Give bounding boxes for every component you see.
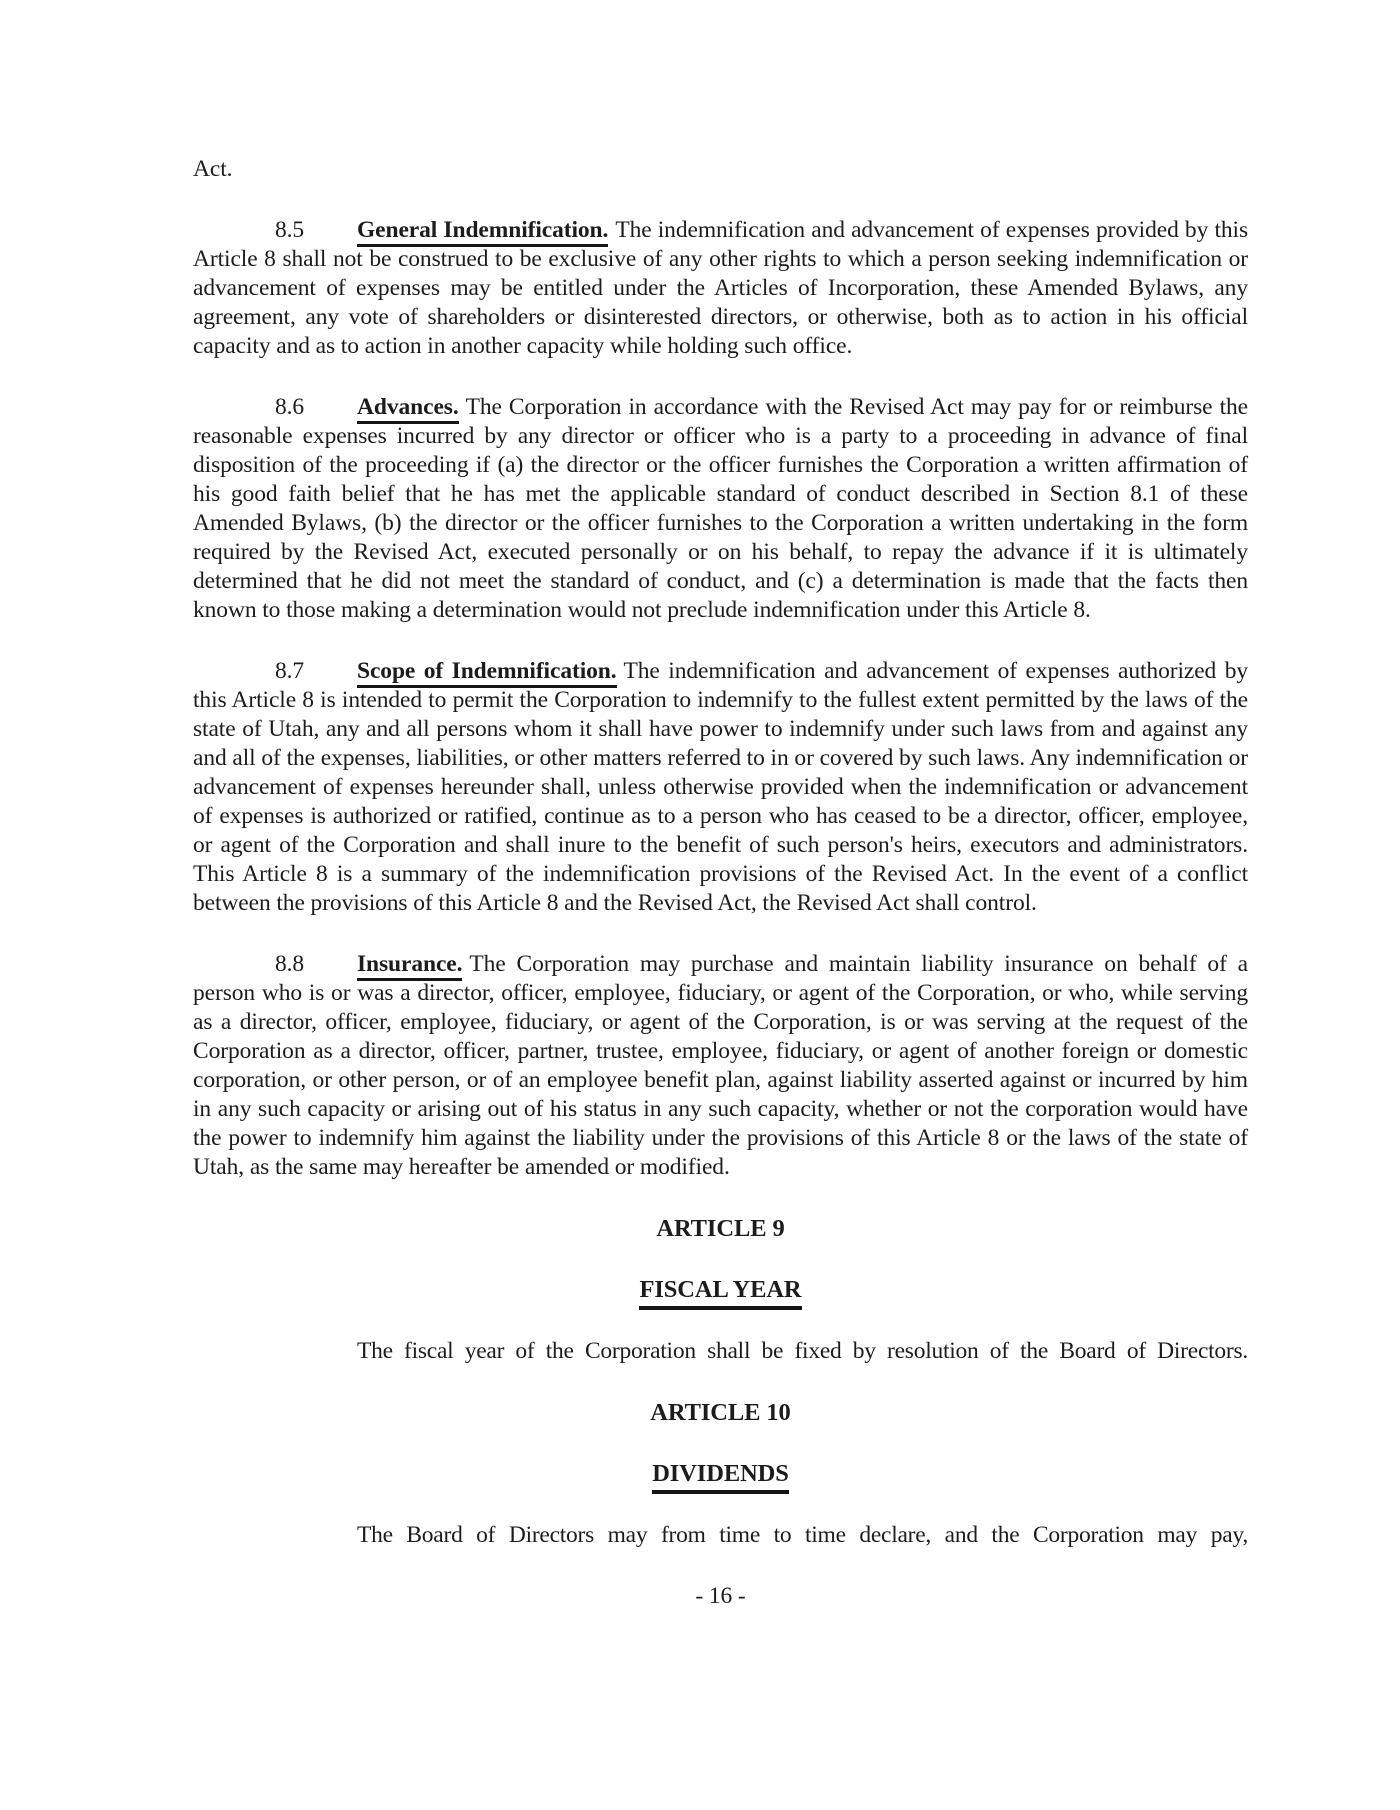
section-paragraph-8-6: 8.6Advances.The Corporation in accordanc… bbox=[193, 393, 1248, 625]
section-number-8-6: 8.6 bbox=[275, 393, 357, 422]
article-9-heading: ARTICLE 9 bbox=[193, 1214, 1248, 1243]
section-body-8-6: The Corporation in accordance with the R… bbox=[193, 394, 1248, 623]
section-paragraph-8-8: 8.8Insurance.The Corporation may purchas… bbox=[193, 950, 1248, 1182]
article-10-heading: ARTICLE 10 bbox=[193, 1398, 1248, 1427]
section-body-8-8: The Corporation may purchase and maintai… bbox=[193, 951, 1248, 1180]
section-paragraph-8-7: 8.7Scope of Indemnification.The indemnif… bbox=[193, 657, 1248, 918]
page-number: - 16 - bbox=[193, 1582, 1248, 1611]
article-9-title-line: FISCAL YEAR bbox=[193, 1275, 1248, 1305]
section-number-8-7: 8.7 bbox=[275, 657, 357, 686]
section-paragraph-8-5: 8.5General Indemnification.The indemnifi… bbox=[193, 216, 1248, 361]
document-page: Act. 8.5General Indemnification.The inde… bbox=[0, 0, 1400, 1810]
section-body-8-7: The indemnification and advancement of e… bbox=[193, 658, 1248, 916]
section-title-8-8: Insurance. bbox=[357, 951, 462, 981]
section-number-8-8: 8.8 bbox=[275, 950, 357, 979]
section-number-8-5: 8.5 bbox=[275, 216, 357, 245]
section-title-8-6: Advances. bbox=[357, 394, 459, 424]
carryover-text-line: Act. bbox=[193, 155, 1248, 184]
section-title-8-7: Scope of Indemnification. bbox=[357, 658, 617, 688]
article-10-paragraph: The Board of Directors may from time to … bbox=[193, 1521, 1248, 1550]
article-9-paragraph: The fiscal year of the Corporation shall… bbox=[193, 1337, 1248, 1366]
section-title-8-5: General Indemnification. bbox=[357, 217, 608, 247]
article-10-title-line: DIVIDENDS bbox=[193, 1459, 1248, 1489]
article-10-title: DIVIDENDS bbox=[652, 1460, 789, 1494]
article-9-title: FISCAL YEAR bbox=[639, 1276, 801, 1310]
